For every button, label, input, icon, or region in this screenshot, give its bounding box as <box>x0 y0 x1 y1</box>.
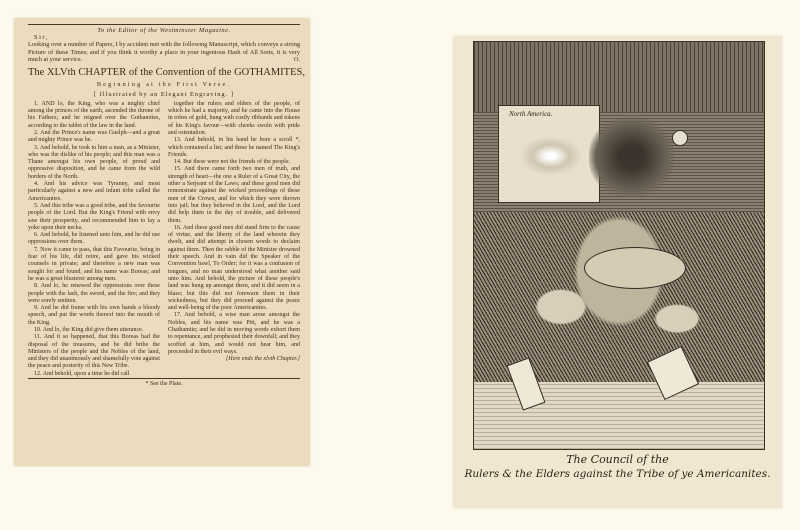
verse: 16. And these good men did stand firm to… <box>168 225 300 313</box>
ceiling-gallery <box>474 42 764 112</box>
text-block: To the Editor of the Westminster Magazin… <box>28 24 300 387</box>
engraving-plate: North America. <box>473 41 765 450</box>
intro-paragraph: Looking over a number of Papers, I by ac… <box>28 41 300 64</box>
chapter-end-note: [Here ends the xlvth Chapter.] <box>168 356 300 363</box>
verse: 7. Now it came to pass, that this Favour… <box>28 247 160 283</box>
text-columns: 1. AND lo, the King, who was a mighty ch… <box>28 101 300 378</box>
verse: 8. And lo, he renewed the oppressions ov… <box>28 283 160 305</box>
verse: 13. And behold, in his hand he bore a sc… <box>168 137 300 159</box>
beginning-subtitle: Beginning at the First Verse. <box>28 81 300 88</box>
verse: 10. And lo, the King did give them utter… <box>28 327 160 334</box>
illustrated-note: [ Illustrated by an Elegant Engraving. ] <box>28 91 300 98</box>
map-label: North America. <box>509 110 552 118</box>
footnote: * See the Plate. <box>28 381 300 387</box>
chandelier-icon <box>672 130 688 146</box>
verse: together the rulers and elders of the pe… <box>168 101 300 137</box>
caption-line-1: The Council of the <box>453 453 782 466</box>
chapter-title: The XLVth CHAPTER of the Convention of t… <box>28 67 300 78</box>
intro-text: Looking over a number of Papers, I by ac… <box>28 41 300 63</box>
column-1: 1. AND lo, the King, who was a mighty ch… <box>28 101 160 378</box>
magazine-text-page: To the Editor of the Westminster Magazin… <box>14 18 310 466</box>
top-rule <box>28 24 300 25</box>
verse: 15. And there came forth two men of trut… <box>168 166 300 224</box>
verse: 5. And this tribe was a good tribe, and … <box>28 203 160 232</box>
verse: 11. And it so happened, that this Boreas… <box>28 334 160 370</box>
engraving-page: North America. The Council of the Rulers… <box>453 36 782 508</box>
column-2: together the rulers and elders of the pe… <box>168 101 300 378</box>
fire-blaze-icon <box>519 136 583 176</box>
intro-signature: O. <box>294 56 300 64</box>
bottom-rule <box>28 378 300 379</box>
north-america-map: North America. <box>498 105 600 203</box>
smoke-cloud <box>589 117 674 197</box>
to-editor-heading: To the Editor of the Westminster Magazin… <box>28 27 300 34</box>
verse: 3. And behold, he took to him a man, as … <box>28 145 160 181</box>
caption-line-2: Rulers & the Elders against the Tribe of… <box>453 468 782 480</box>
verse: 17. And behold, a wise man arose amongst… <box>168 312 300 356</box>
verse: 1. AND lo, the King, who was a mighty ch… <box>28 101 160 130</box>
verse: 9. And he did frame with his own hands a… <box>28 305 160 327</box>
council-table <box>584 247 686 289</box>
verse: 6. And behold, he listened unto him, and… <box>28 232 160 247</box>
verse: 12. And behold, upon a time he did call <box>28 371 160 378</box>
verse: 2. And the Prince's name was Guelph—and … <box>28 130 160 145</box>
verse: 4. And his advice was Tyranny, and most … <box>28 181 160 203</box>
salutation: Sir, <box>34 34 300 41</box>
